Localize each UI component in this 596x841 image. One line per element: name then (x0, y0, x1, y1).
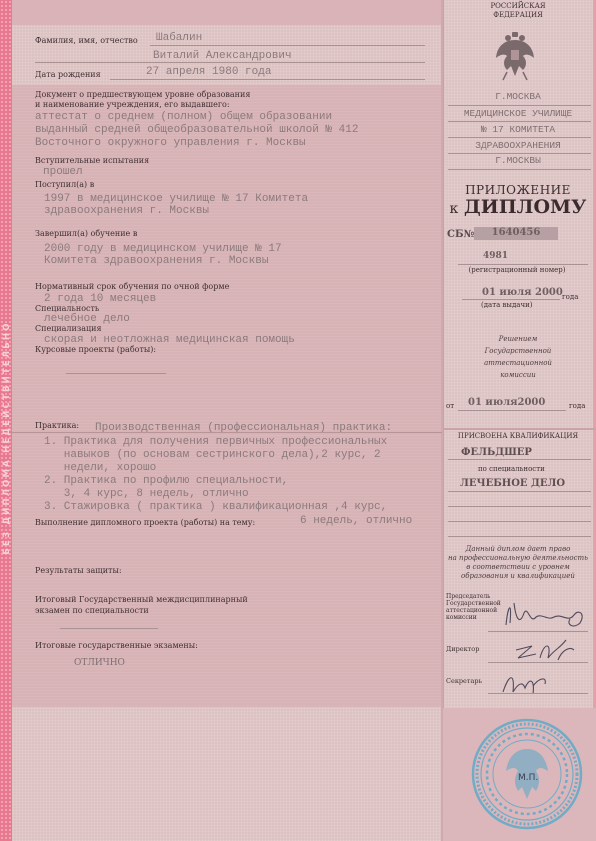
institution-line: МЕДИЦИНСКОЕ УЧИЛИЩЕ (443, 108, 593, 119)
prior-doc-line: Восточного окружного управления г. Москв… (35, 137, 306, 149)
institution-underline (448, 153, 591, 154)
prior-doc-label-2: и наименование учреждения, его выдавшего… (35, 100, 230, 109)
prior-doc-line: аттестат о среднем (полном) общем образо… (35, 111, 332, 123)
prior-doc-label-1: Документ о предшествующем уровне образов… (35, 90, 250, 99)
name-label: Фамилия, имя, отчество (35, 36, 138, 45)
double-headed-eagle-icon (493, 30, 537, 82)
course-projects-underline (66, 373, 166, 374)
appendix-title-diploma: ДИПЛОМУ (464, 196, 587, 218)
rights-line: образования и квалификацией (443, 572, 593, 581)
course-projects-label: Курсовые проекты (работы): (35, 345, 156, 354)
reg-number: 4981 (483, 251, 508, 261)
chair-signature-icon (500, 595, 590, 635)
thesis-label: Выполнение дипломного проекта (работы) н… (35, 518, 255, 527)
interdisc-exam-label-1: Итоговый Государственный междисциплинарн… (35, 595, 248, 604)
series-number: 1640456 (474, 227, 558, 240)
country-name-1: РОССИЙСКАЯ (443, 2, 593, 11)
practice-line: недели, хорошо (44, 462, 156, 474)
institution-underline (448, 169, 591, 170)
thesis-value: 6 недель, отлично (300, 515, 412, 527)
admitted-label: Поступил(а) в (35, 180, 94, 189)
left-security-strip: БЕЗ ДИПЛОМА НЕДЕЙСТВИТЕЛЬНО (0, 0, 12, 841)
commission-line: аттестационной (443, 358, 593, 369)
chair-label-line: комиссии (446, 614, 477, 621)
blank-underline (448, 521, 591, 522)
institution-underline (448, 105, 591, 106)
director-signature-line (488, 662, 588, 663)
practice-line: 2. Практика по профилю специальности, (44, 475, 288, 487)
given-names-value: Виталий Александрович (153, 50, 292, 62)
commission-line: комиссии (443, 370, 593, 381)
issue-date: 01 июля 2000 (482, 287, 563, 298)
specialty-label: Специальность (35, 304, 99, 313)
commission-line: Решением (443, 334, 593, 345)
appendix-subtitle: к ДИПЛОМУ (443, 196, 593, 218)
director-label: Директор (446, 645, 479, 653)
commission-year-suffix: года (569, 402, 585, 410)
interdisc-exam-underline (60, 628, 158, 629)
entrance-value: прошел (43, 166, 83, 178)
qualification-label: ПРИСВОЕНА КВАЛИФИКАЦИЯ (443, 432, 593, 441)
chair-signature-line (488, 631, 588, 632)
secretary-signature-line (488, 693, 588, 694)
issue-year-suffix: года (562, 293, 578, 301)
official-seal-icon: М.П. (470, 717, 585, 832)
blank-underline (448, 536, 591, 537)
secretary-label: Секретарь (446, 677, 482, 685)
commission-date-underline (458, 410, 566, 411)
section-divider (443, 428, 596, 430)
qualification-underline (448, 459, 591, 460)
commission-line: Государственной (443, 346, 593, 357)
prior-doc-line: выданный средней общеобразовательной шко… (35, 124, 358, 136)
issue-date-caption: (дата выдачи) (481, 301, 533, 309)
admitted-line: 1997 в медицинское училище № 17 Комитета (44, 193, 308, 205)
duration-label: Нормативный срок обучения по очной форме (35, 282, 229, 291)
rights-line: Данный диплом дает право (443, 545, 593, 554)
top-band (12, 0, 442, 25)
institution-underline (448, 137, 591, 138)
institution-line: Г.МОСКВЫ (443, 155, 593, 166)
specialty-value: ЛЕЧЕБНОЕ ДЕЛО (460, 478, 565, 489)
defense-label: Результаты защиты: (35, 566, 122, 575)
appendix-title: ПРИЛОЖЕНИЕ (443, 183, 593, 197)
diploma-appendix-page: БЕЗ ДИПЛОМА НЕДЕЙСТВИТЕЛЬНО Фамилия, имя… (0, 0, 596, 841)
institution-underline (448, 121, 591, 122)
birth-date-underline (110, 79, 425, 80)
interdisc-exam-label-2: экзамен по специальности (35, 606, 149, 615)
completed-line: 2000 году в медицинском училище № 17 (44, 243, 282, 255)
institution-line: ЗДРАВООХРАНЕНИЯ (443, 140, 593, 151)
completed-line: Комитета здравоохранения г. Москвы (44, 255, 268, 267)
chair-label-line: аттестационной (446, 607, 497, 614)
series-label: СБ№ (447, 229, 474, 240)
practice-label: Практика: (35, 421, 79, 430)
specialty-underline (448, 491, 591, 492)
surname-value: Шабалин (156, 32, 202, 44)
practice-line: 3. Стажировка ( практика ) квалификацион… (44, 501, 387, 513)
reg-number-caption: (регистрационный номер) (447, 266, 587, 274)
admitted-line: здравоохранения г. Москвы (44, 205, 209, 217)
practice-line: 1. Практика для получения первичных проф… (44, 436, 387, 448)
blank-underline (448, 506, 591, 507)
specialization-label: Специализация (35, 324, 102, 333)
commission-date: 01 июля2000 (468, 397, 545, 408)
state-exams-label: Итоговые государственные экзамены: (35, 641, 198, 650)
given-names-underline (35, 62, 425, 63)
reg-number-underline (458, 264, 588, 265)
commission-from: от (446, 402, 454, 410)
appendix-title-k: к (450, 201, 459, 217)
country-name-2: ФЕДЕРАЦИЯ (443, 11, 593, 20)
birth-date-value: 27 апреля 1980 года (146, 66, 271, 78)
rights-line: на профессиональную деятельность (443, 554, 593, 563)
qualification-value: ФЕЛЬДШЕР (461, 447, 532, 458)
chair-label-line: Председатель (446, 593, 490, 600)
practice-line: 3, 4 курс, 8 недель, отлично (44, 488, 249, 500)
by-specialty-label: по специальности (478, 465, 545, 473)
bottom-blank-panel (12, 707, 442, 841)
state-exams-value: ОТЛИЧНО (74, 658, 125, 668)
strip-warning-text: БЕЗ ДИПЛОМА НЕДЕЙСТВИТЕЛЬНО (1, 293, 13, 583)
practice-line: навыков (по основам сестринского дела),2… (44, 449, 381, 461)
seal-label: М.П. (518, 773, 538, 783)
institution-line: № 17 КОМИТЕТА (443, 124, 593, 135)
rights-line: в соответствии с уровнем (443, 563, 593, 572)
birth-date-label: Дата рождения (35, 70, 101, 79)
chair-label-line: Государственной (446, 600, 501, 607)
entrance-label: Вступительные испытания (35, 156, 149, 165)
completed-label: Завершил(а) обучение в (35, 229, 137, 238)
fold-line (12, 432, 442, 433)
issue-date-underline (462, 299, 560, 300)
surname-underline (150, 45, 425, 46)
director-signature-icon (510, 636, 580, 664)
institution-line: Г.МОСКВА (443, 91, 593, 102)
